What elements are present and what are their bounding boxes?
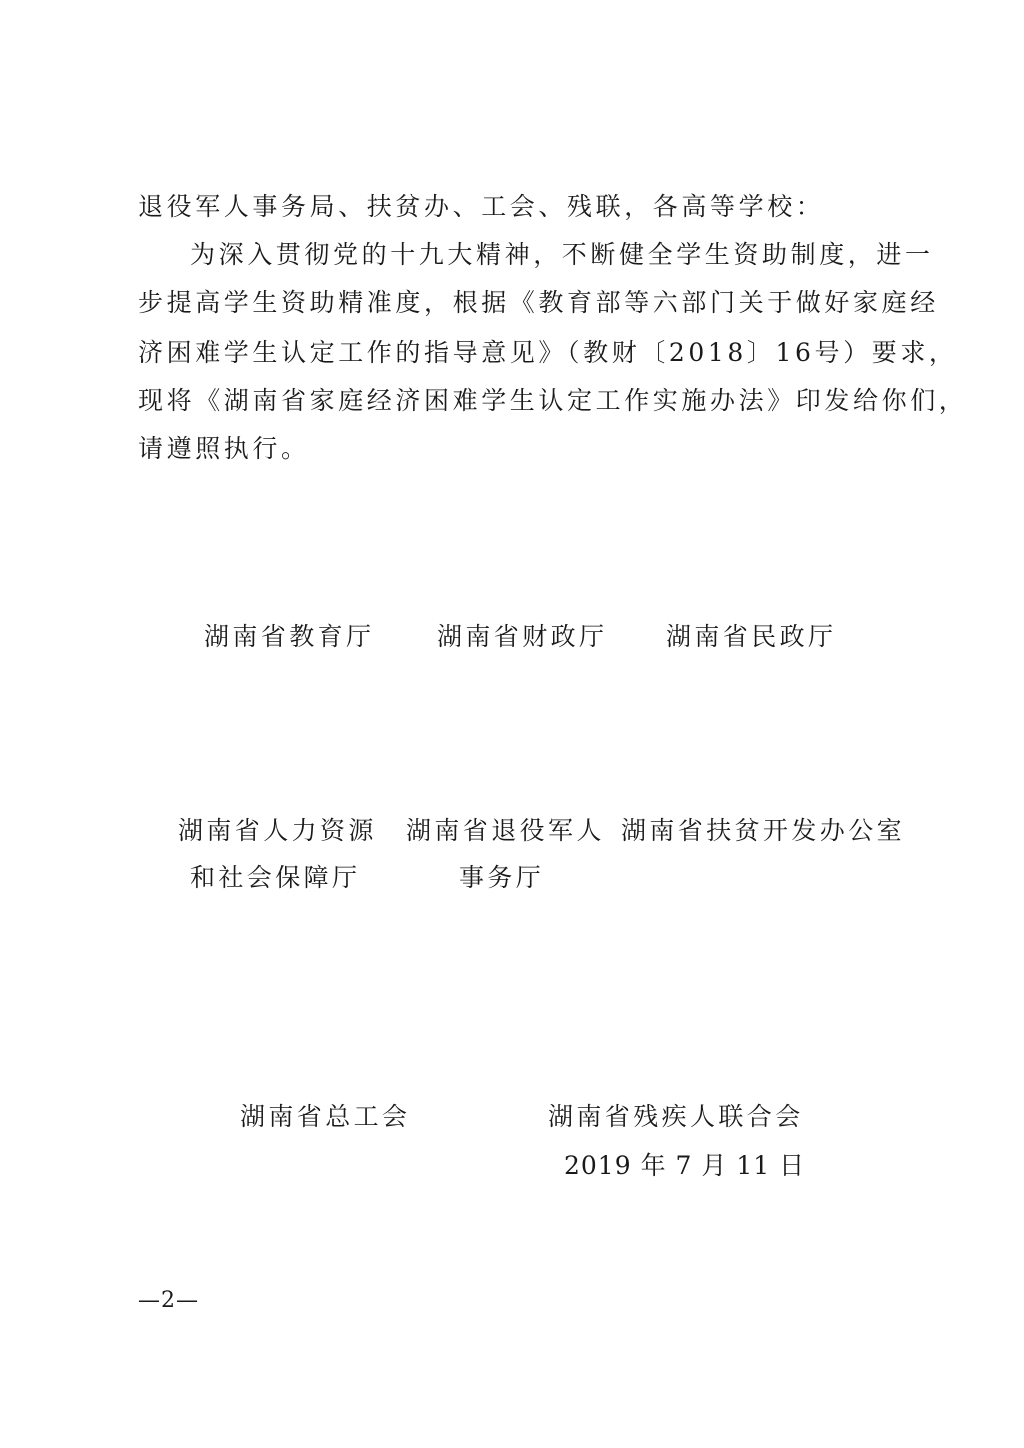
signature-poverty-office: 湖南省扶贫开发办公室 (621, 816, 905, 846)
signature-veterans-dept-line1: 湖南省退役军人 (406, 816, 605, 846)
body-line: 济困难学生认定工作的指导意见》（教财〔2018〕16号）要求， (138, 338, 958, 368)
signature-civil-affairs-dept: 湖南省民政厅 (666, 622, 836, 652)
document-date: 2019 年 7 月 11 日 (564, 1151, 805, 1181)
body-line: 现将《湖南省家庭经济困难学生认定工作实施办法》印发给你们， (138, 386, 967, 416)
signature-education-dept: 湖南省教育厅 (204, 622, 374, 652)
signature-trade-union: 湖南省总工会 (240, 1102, 410, 1132)
body-line: 为深入贯彻党的十九大精神，不断健全学生资助制度，进一 (190, 240, 934, 270)
body-line: 请遵照执行。 (138, 434, 310, 464)
signature-disabled-federation: 湖南省残疾人联合会 (548, 1102, 804, 1132)
signature-hr-dept-line2: 和社会保障厅 (190, 863, 360, 893)
body-line: 步提高学生资助精准度，根据《教育部等六部门关于做好家庭经 (138, 288, 939, 318)
signature-hr-dept-line1: 湖南省人力资源 (178, 816, 377, 846)
signature-finance-dept: 湖南省财政厅 (437, 622, 607, 652)
page-number: —2— (138, 1288, 199, 1313)
signature-veterans-dept-line2: 事务厅 (459, 863, 544, 893)
body-line-addressees: 退役军人事务局、扶贫办、工会、残联，各高等学校： (138, 192, 824, 222)
